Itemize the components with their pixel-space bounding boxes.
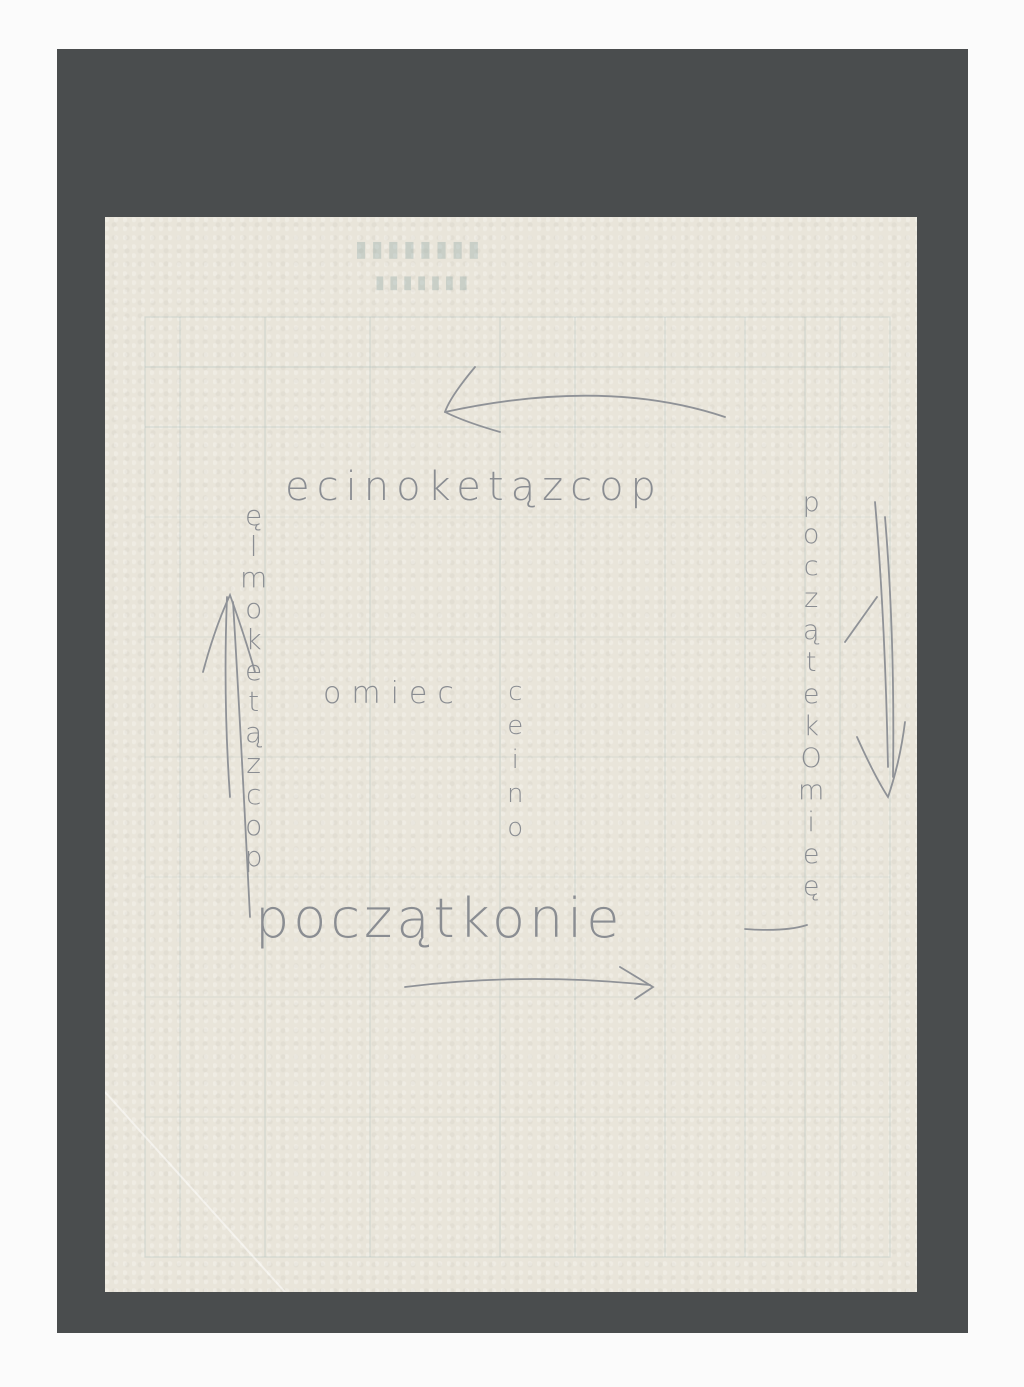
letter: o [245,812,262,840]
letter: z [804,585,818,612]
letter: i [512,747,519,773]
letter: t [248,688,259,716]
letter: c [508,679,522,705]
handwriting-top-line: ecinoketązcop [285,467,663,507]
letter: o [245,595,262,623]
letter: m [798,777,824,804]
letter: z [246,750,261,778]
arrow-down-icon [845,502,905,797]
letter: c [804,553,819,580]
letter: ę [803,873,820,900]
letter: ą [803,617,820,644]
letter: k [803,713,819,740]
letter: o [507,815,523,841]
letter: ą [245,719,262,747]
letter: t [806,649,817,676]
paper-sheet: ▮▮▮▮▮▮▮▮ ▮▮▮▮▮▮▮ [105,217,917,1292]
handwriting-bottom-line: początkonie [255,892,623,946]
letter: l [250,533,258,561]
handwriting-right-column: p o c z ą t e k O m i e ę [798,489,824,900]
letter: e [245,657,262,685]
letter: c [246,781,261,809]
letter: e [507,713,523,739]
handwriting-center-word: omiec [323,679,464,709]
letter: k [246,626,262,654]
letter: o [803,521,820,548]
handwriting-left-column: ę l m o k e t ą z c o p [240,502,267,871]
letter: O [801,745,822,772]
letter: p [245,843,263,871]
arrow-left-icon [445,367,725,432]
letter: n [507,781,523,807]
letter: i [807,809,815,836]
arrow-right-icon [405,967,653,999]
letter: e [803,841,820,868]
letter: e [803,681,820,708]
handwriting-center-column: c e i n o [507,679,523,841]
letter: ę [245,502,262,530]
letter: p [803,489,820,516]
letter: m [240,564,267,592]
